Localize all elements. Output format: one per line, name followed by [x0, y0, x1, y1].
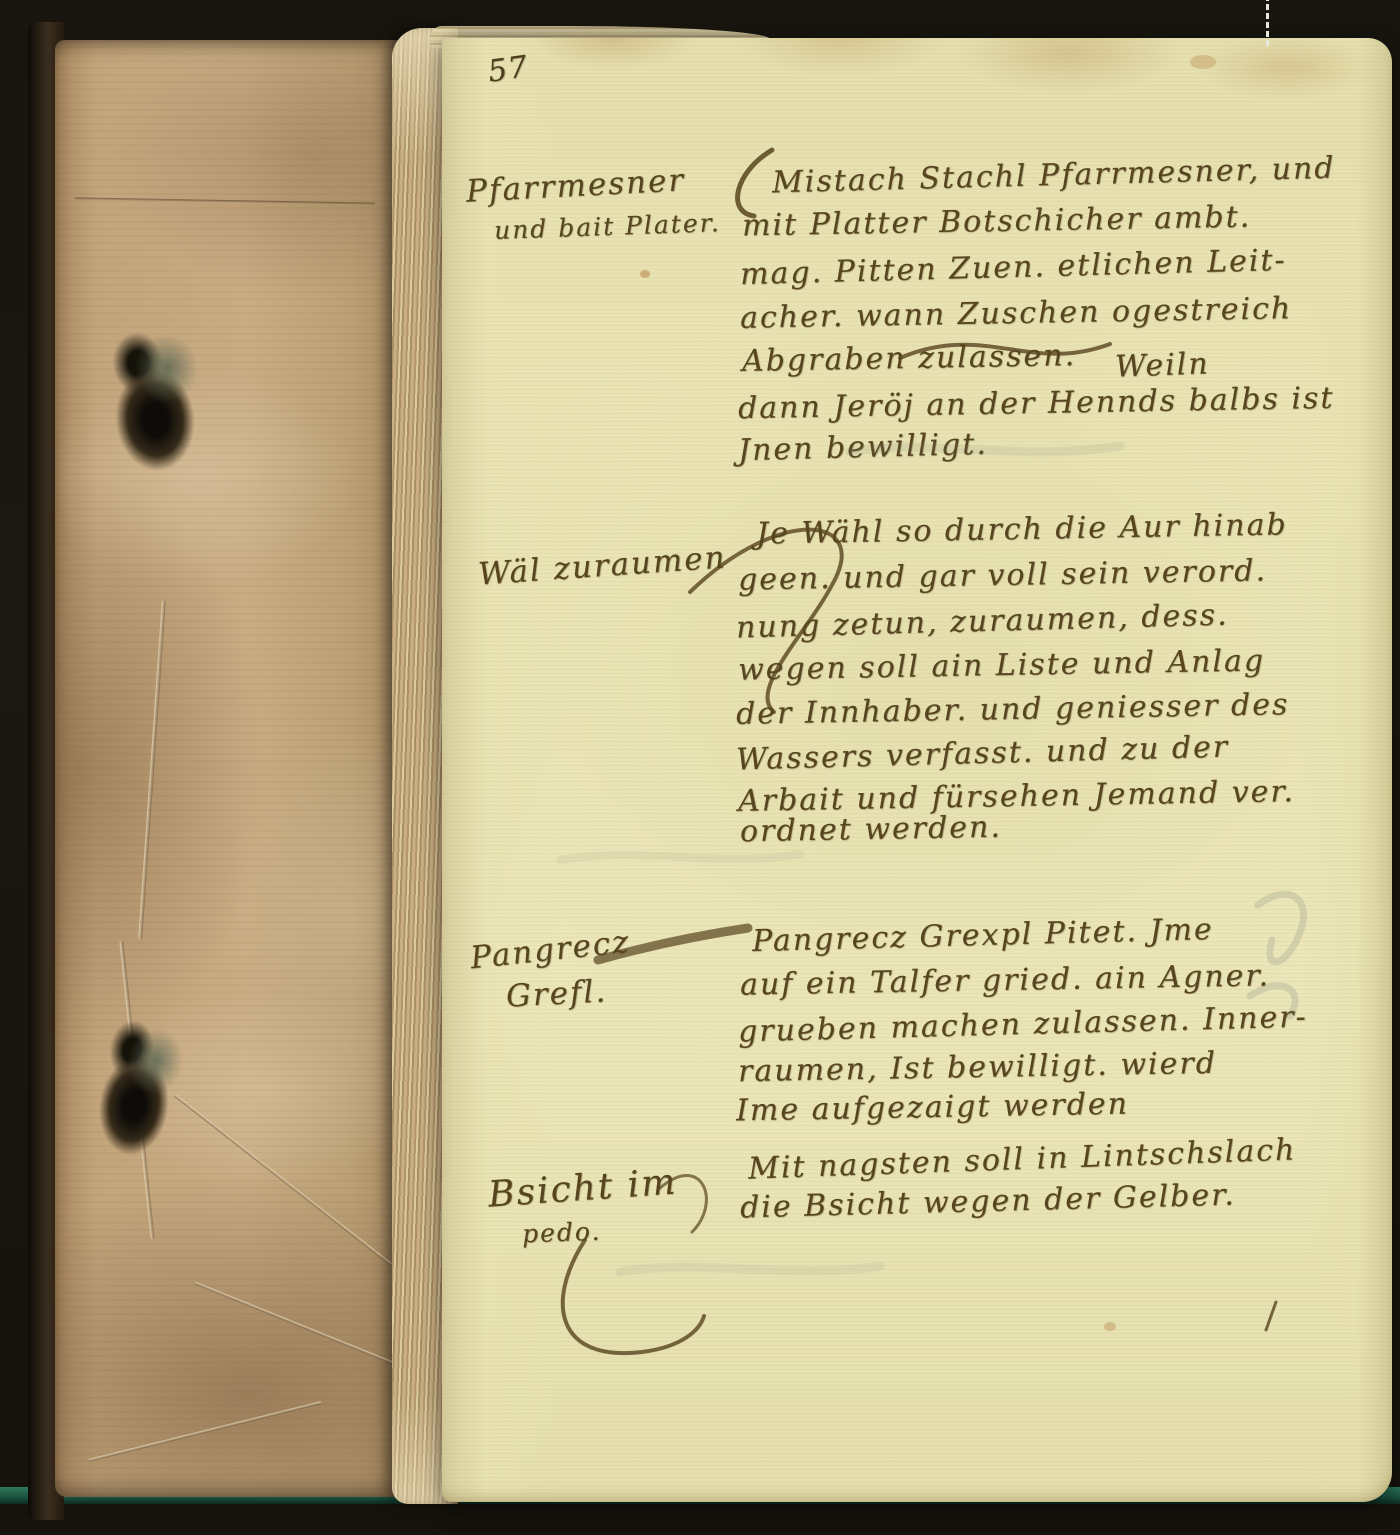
parchment-inner-cover [55, 40, 400, 1497]
body-line: Jnen bewilligt. [738, 427, 989, 469]
body-line: ordnet werden. [740, 810, 1002, 850]
foxing-spot [1190, 55, 1216, 69]
manuscript-photo: 57 Pfarrmesner und bait Plater. Mistach … [0, 0, 1400, 1535]
margin-note: pedo. [522, 1217, 602, 1249]
parchment-crease [88, 1401, 322, 1462]
body-line: Ime aufgezaigt werden [736, 1087, 1130, 1129]
parchment-crease [138, 600, 166, 939]
margin-note: Grefl. [505, 973, 608, 1014]
body-line: Weiln [1114, 346, 1210, 384]
foxing-spot [1104, 1322, 1116, 1331]
body-line: Abgraben zulassen. [742, 338, 1077, 379]
parchment-crease [174, 1094, 396, 1269]
bookmark-thread [1266, 0, 1269, 46]
page-number: 57 [486, 49, 531, 89]
foxing-spot [640, 270, 650, 278]
parchment-fold-line [75, 197, 375, 204]
